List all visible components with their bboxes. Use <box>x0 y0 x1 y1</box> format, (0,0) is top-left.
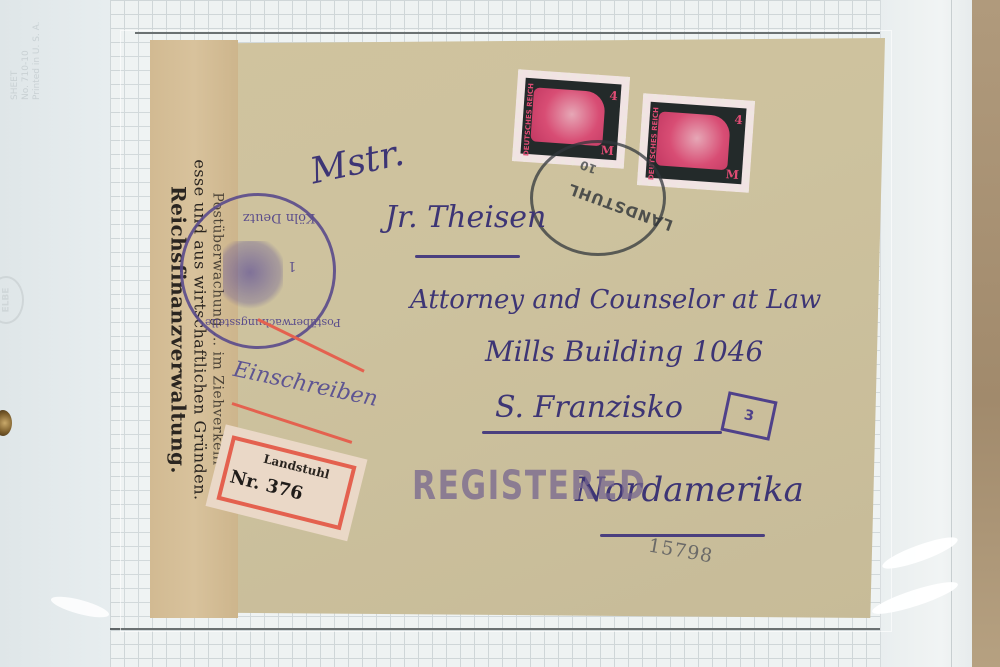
logo-text: ELBE <box>1 288 11 313</box>
stamp-value: 4 <box>734 113 743 128</box>
seal-top-text: Köln Deutz <box>243 210 315 225</box>
underline <box>482 431 722 434</box>
underline <box>415 255 520 258</box>
address-line-3: S. Franzisko <box>495 390 683 425</box>
elbe-logo: ELBE <box>0 276 24 324</box>
germania-icon <box>530 87 606 146</box>
censor-seal: Köln Deutz 1 Postüberwachungsstelle <box>180 193 336 349</box>
underline <box>600 534 765 537</box>
address-line-2: Mills Building 1046 <box>485 335 763 368</box>
stamp-currency: M <box>725 167 739 182</box>
table-surface <box>972 0 1000 667</box>
printer-mark-line: SHEET <box>10 60 21 100</box>
registered-handstamp: REGISTERED <box>412 463 646 509</box>
printer-mark-line: No. 710-10 <box>21 60 32 100</box>
censor-line-3: Reichsfinanzverwaltung. <box>167 159 191 500</box>
eagle-icon <box>223 241 283 311</box>
binder-ring-icon <box>0 410 12 436</box>
stamp-value: 4 <box>609 89 618 104</box>
seal-number: 1 <box>288 258 296 273</box>
left-album-page: SHEET No. 710-10 Printed in U. S. A. ELB… <box>0 0 120 667</box>
printer-mark-line: Printed in U. S. A. <box>32 60 43 100</box>
address-name: Jr. Theisen <box>385 200 546 235</box>
germania-icon <box>655 111 731 170</box>
address-line-1: Attorney and Counselor at Law <box>410 285 821 315</box>
